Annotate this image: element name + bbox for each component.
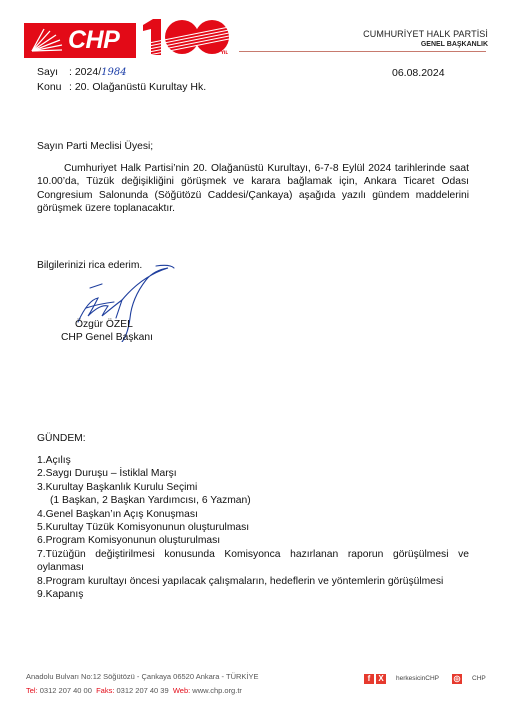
- agenda-item: 2.Saygı Duruşu – İstiklal Marşı: [37, 467, 469, 480]
- web-label: Web:: [173, 686, 190, 695]
- web-link[interactable]: www.chp.org.tr: [192, 686, 242, 695]
- document-subject: Konu: 20. Olağanüstü Kurultay Hk.: [37, 81, 206, 93]
- agenda-item: 5.Kurultay Tüzük Komisyonunun oluşturulm…: [37, 521, 469, 534]
- org-unit: GENEL BAŞKANLIK: [421, 41, 488, 48]
- item-number: 4.: [37, 509, 46, 520]
- item-text: Açılış: [46, 455, 71, 466]
- document-number: Sayı: 2024/1984: [37, 66, 127, 78]
- header-divider: [239, 51, 486, 52]
- number-value: : 2024/: [69, 66, 101, 78]
- agenda-item: 7.Tüzüğün değiştirilmesi konusunda Komis…: [37, 548, 469, 575]
- agenda-subitem: (1 Başkan, 2 Başkan Yardımcısı, 6 Yazman…: [37, 494, 469, 507]
- item-text: Tüzüğün değiştirilmesi konusunda Komisyo…: [37, 549, 469, 573]
- item-number: 2.: [37, 468, 46, 479]
- tel-value: 0312 207 40 00: [40, 686, 92, 695]
- agenda-item: 9.Kapanış: [37, 588, 469, 601]
- item-text: Saygı Duruşu – İstiklal Marşı: [46, 468, 177, 479]
- subject-value: : 20. Olağanüstü Kurultay Hk.: [69, 81, 206, 93]
- item-number: 6.: [37, 535, 46, 546]
- agenda-item: 4.Genel Başkan’ın Açış Konuşması: [37, 508, 469, 521]
- item-text: Kapanış: [46, 589, 84, 600]
- footer-contact: Tel: 0312 207 40 00 Faks: 0312 207 40 39…: [26, 686, 242, 695]
- item-text: Kurultay Başkanlık Kurulu Seçimi: [46, 482, 198, 493]
- tel-label: Tel:: [26, 686, 38, 695]
- item-text: Program Komisyonunun oluşturulması: [46, 535, 221, 546]
- agenda-list: 1.Açılış 2.Saygı Duruşu – İstiklal Marşı…: [37, 454, 469, 601]
- item-number: 8.: [37, 576, 46, 587]
- footer-address: Anadolu Bulvarı No:12 Söğütözü - Çankaya…: [26, 672, 259, 681]
- number-label: Sayı: [37, 66, 69, 78]
- document-date: 06.08.2024: [392, 67, 445, 79]
- item-number: 5.: [37, 522, 46, 533]
- agenda-item: 1.Açılış: [37, 454, 469, 467]
- instagram-icon[interactable]: ◎: [452, 674, 462, 684]
- item-number: 1.: [37, 455, 46, 466]
- social-handle: herkesicinCHP: [396, 675, 439, 682]
- instagram-handle: CHP: [472, 675, 486, 682]
- agenda-item: 8.Program kurultayı öncesi yapılacak çal…: [37, 575, 469, 588]
- six-arrows-icon: [30, 27, 64, 53]
- item-number: 7.: [37, 549, 46, 560]
- org-name: CUMHURİYET HALK PARTİSİ: [363, 29, 488, 39]
- facebook-icon[interactable]: f: [364, 674, 374, 684]
- x-icon[interactable]: X: [376, 674, 386, 684]
- letter-body: Cumhuriyet Halk Partisi’nin 20. Olağanüs…: [37, 162, 469, 216]
- item-number: 3.: [37, 482, 46, 493]
- item-text: Kurultay Tüzük Komisyonunun oluşturulmas…: [46, 522, 250, 533]
- letter-body-text: Cumhuriyet Halk Partisi’nin 20. Olağanüs…: [37, 163, 469, 214]
- signer-title: CHP Genel Başkanı: [61, 331, 153, 344]
- agenda-item: 6.Program Komisyonunun oluşturulması: [37, 534, 469, 547]
- item-text: Genel Başkan’ın Açış Konuşması: [46, 509, 198, 520]
- item-text: Program kurultayı öncesi yapılacak çalış…: [46, 576, 444, 587]
- item-number: 9.: [37, 589, 46, 600]
- signer-name: Özgür ÖZEL: [75, 318, 133, 331]
- salutation: Sayın Parti Meclisi Üyesi;: [37, 140, 153, 153]
- agenda-item: 3.Kurultay Başkanlık Kurulu Seçimi: [37, 481, 469, 494]
- subject-label: Konu: [37, 81, 69, 93]
- fax-value: 0312 207 40 39: [117, 686, 169, 695]
- anniversary-suffix: YIL: [221, 50, 228, 55]
- handwritten-number: 1984: [101, 67, 126, 78]
- logo-text: CHP: [68, 23, 119, 58]
- agenda-heading: GÜNDEM:: [37, 432, 86, 445]
- fax-label: Faks:: [96, 686, 114, 695]
- anniversary-100-logo: [141, 17, 231, 57]
